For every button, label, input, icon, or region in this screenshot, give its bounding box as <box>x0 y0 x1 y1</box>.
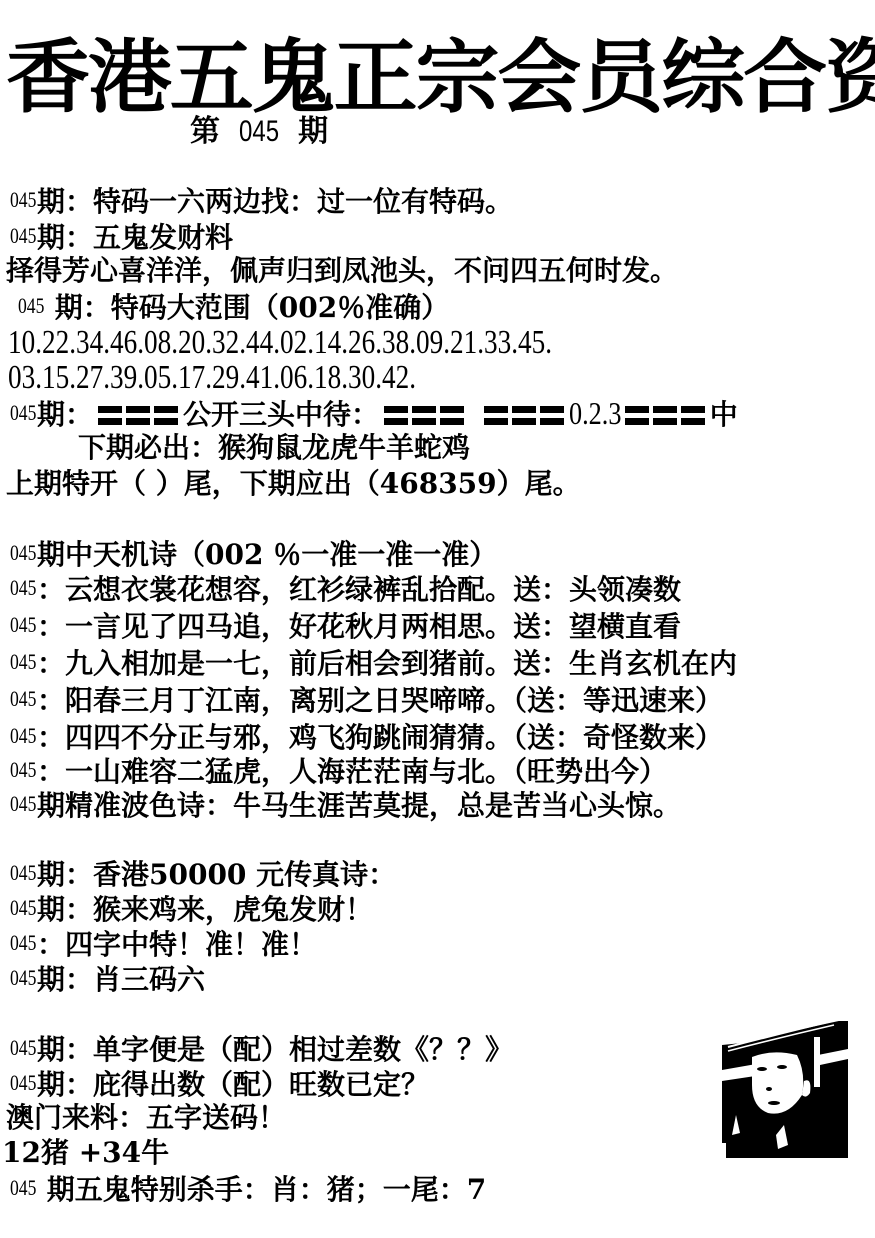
killer-line: 045 期五鬼特别杀手：肖：猪；一尾：7 <box>10 1170 486 1208</box>
line-text: 期：特码大范围（002％准确） <box>45 291 449 324</box>
issue-prefix: 045 <box>10 1065 36 1101</box>
redacted-block-icon <box>382 397 466 433</box>
line-label: 公开三头中待： <box>183 398 379 431</box>
combo-line: 12猪 +34牛 <box>2 1135 169 1171</box>
issue-prefix: 045 <box>10 1170 36 1206</box>
poem-line: 045：云想衣裳花想容，红衫绿裤乱拾配。送：头领凑数 <box>10 570 681 608</box>
hk-fax-line: 045期：猴来鸡来，虎兔发财！ <box>10 890 373 928</box>
wugui-title-line: 045期：五鬼发财料 <box>10 218 233 256</box>
issue-prefix: 045 <box>10 960 36 996</box>
line-text: 期：庇得出数（配）旺数已定？ <box>37 1068 429 1101</box>
line-text: ：四四不分正与邪，鸡飞狗跳闹猜猜。（送：奇怪数来） <box>37 721 723 754</box>
poem-line: 045：一言见了四马追，好花秋月两相思。送：望横直看 <box>10 607 681 645</box>
issue-prefix: 045 <box>10 890 36 926</box>
poem-line: 045：一山难容二猛虎，人海茫茫南与北。（旺势出今） <box>10 752 667 790</box>
portrait-photo <box>722 1015 848 1158</box>
line-text: ：四字中特！准！准！ <box>37 928 317 961</box>
poem-line: 045：九入相加是一七，前后相会到猪前。送：生肖玄机在内 <box>10 644 737 682</box>
issue-prefix: 045 <box>10 535 36 571</box>
special-code-line: 045期：特码一六两边找：过一位有特码。 <box>10 182 513 220</box>
line-text: 期中天机诗（002 ％一准一准一准） <box>37 538 497 571</box>
line-text: 择得芳心喜洋洋，佩声归到凤池头，不问四五何时发。 <box>6 254 678 287</box>
line-text: 期：肖三码六 <box>37 963 205 996</box>
poem-line: 045：四四不分正与邪，鸡飞狗跳闹猜猜。（送：奇怪数来） <box>10 718 723 756</box>
wugui-poem-line: 择得芳心喜洋洋，佩声归到凤池头，不问四五何时发。 <box>6 253 678 289</box>
next-zodiac-line: 下期必出：猴狗鼠龙虎牛羊蛇鸡 <box>78 430 470 466</box>
issue-prefix: 045 <box>10 786 36 822</box>
numbers-row-1: 10.22.34.46.08.20.32.44.02.14.26.38.09.2… <box>8 325 552 361</box>
line-text: ：阳春三月丁江南，离别之日哭啼啼。（送：等迅速来） <box>37 684 723 717</box>
line-text: 期：猴来鸡来，虎兔发财！ <box>37 893 373 926</box>
issue-prefix: 045 <box>10 718 36 754</box>
line-label: 期： <box>37 398 93 431</box>
line-text: 期：单字便是（配）相过差数《？？》 <box>37 1033 513 1066</box>
range-header-line: 045 期：特码大范围（002％准确） <box>18 288 449 326</box>
line-text: ：一山难容二猛虎，人海茫茫南与北。（旺势出今） <box>37 755 667 788</box>
poem-header: 045期中天机诗（002 ％一准一准一准） <box>10 535 497 573</box>
issue-prefix: 045 <box>10 607 36 643</box>
final-line: 045期：庇得出数（配）旺数已定？ <box>10 1065 429 1103</box>
poem-line: 045：阳春三月丁江南，离别之日哭啼啼。（送：等迅速来） <box>10 681 723 719</box>
issue-prefix: 045 <box>10 644 36 680</box>
issue-prefix: 045 <box>10 570 36 606</box>
final-line: 045期：单字便是（配）相过差数《？？》 <box>10 1030 513 1068</box>
portrait-image-icon <box>722 1015 848 1158</box>
line-text: 期：香港50000 元传真诗： <box>37 858 396 891</box>
issue-value: 045 <box>239 112 279 152</box>
hk-fax-line: 045：四字中特！准！准！ <box>10 925 317 963</box>
redacted-block-icon <box>482 397 566 433</box>
line-text: 期精准波色诗：牛马生涯苦莫提，总是苦当心头惊。 <box>37 789 681 822</box>
line-text: ：云想衣裳花想容，红衫绿裤乱拾配。送：头领凑数 <box>37 573 681 606</box>
line-text: 期：特码一六两边找：过一位有特码。 <box>37 185 513 218</box>
head-digits: 0.2.3 <box>569 395 621 431</box>
issue-prefix: 045 <box>10 395 36 431</box>
issue-suffix: 期 <box>298 114 328 149</box>
issue-prefix: 045 <box>10 218 36 254</box>
page-title: 香港五鬼正宗会员综合资料 <box>6 32 875 122</box>
tail-line: 上期特开（ ）尾，下期应出（468359）尾。 <box>6 466 581 502</box>
issue-prefix: 第 <box>190 114 220 149</box>
issue-prefix: 045 <box>10 752 36 788</box>
issue-prefix: 045 <box>10 855 36 891</box>
numbers-row-2: 03.15.27.39.05.17.29.41.06.18.30.42. <box>8 360 416 396</box>
issue-prefix: 045 <box>10 681 36 717</box>
hk-fax-line: 045期：香港50000 元传真诗： <box>10 855 396 893</box>
issue-number: 第045期 <box>190 112 328 152</box>
issue-prefix: 045 <box>10 1030 36 1066</box>
hk-fax-line: 045期：肖三码六 <box>10 960 205 998</box>
redacted-block-icon <box>96 397 180 433</box>
line-text: ：一言见了四马追，好花秋月两相思。送：望横直看 <box>37 610 681 643</box>
line-text: 期：五鬼发财料 <box>37 221 233 254</box>
issue-prefix: 045 <box>10 182 36 218</box>
three-heads-line: 045期：公开三头中待： 0.2.3中 <box>10 395 738 433</box>
line-text: ：九入相加是一七，前后相会到猪前。送：生肖玄机在内 <box>37 647 737 680</box>
color-poem-line: 045期精准波色诗：牛马生涯苦莫提，总是苦当心头惊。 <box>10 786 681 824</box>
issue-prefix: 045 <box>18 288 44 324</box>
line-text: 期五鬼特别杀手：肖：猪；一尾：7 <box>37 1173 486 1206</box>
redacted-block-icon <box>623 397 707 433</box>
macau-line: 澳门来料：五字送码！ <box>6 1100 286 1136</box>
issue-prefix: 045 <box>10 925 36 961</box>
line-end: 中 <box>710 398 738 431</box>
